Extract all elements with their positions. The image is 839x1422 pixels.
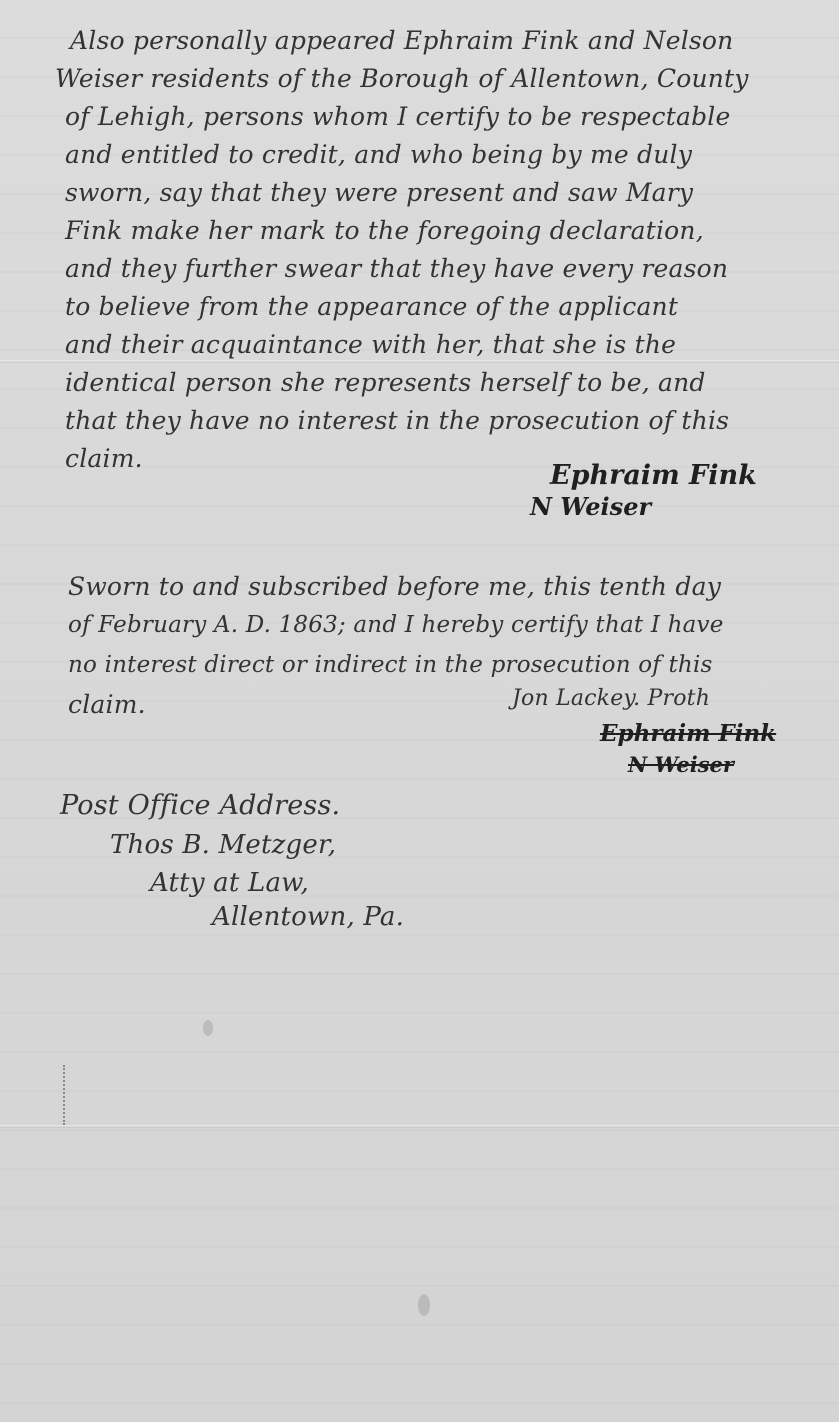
struck-signature-n-weiser: N Weiser	[628, 752, 734, 777]
statement-line: and their acquaintance with her, that sh…	[65, 330, 676, 359]
address-line: Atty at Law,	[150, 868, 309, 898]
statement-line: claim.	[65, 444, 143, 473]
document-page: Also personally appeared Ephraim Fink an…	[0, 0, 839, 1422]
statement-line: Fink make her mark to the foregoing decl…	[65, 216, 704, 245]
statement-line: Weiser residents of the Borough of Allen…	[55, 64, 749, 93]
ink-smudge	[418, 1294, 430, 1316]
statement-line: and entitled to credit, and who being by…	[65, 140, 692, 169]
jurat-line: no interest direct or indirect in the pr…	[68, 652, 713, 678]
jurat-line: of February A. D. 1863; and I hereby cer…	[68, 612, 724, 638]
paper-fold	[0, 360, 839, 363]
statement-line: Also personally appeared Ephraim Fink an…	[70, 26, 733, 55]
signature-ephraim-fink: Ephraim Fink	[550, 460, 757, 491]
jurat-line: Sworn to and subscribed before me, this …	[68, 572, 721, 601]
jurat-line: claim.	[68, 690, 146, 719]
margin-marks	[63, 1065, 67, 1125]
prothonotary-signature: Jon Lackey. Proth	[512, 686, 710, 711]
statement-line: sworn, say that they were present and sa…	[65, 178, 693, 207]
struck-signature-ephraim-fink: Ephraim Fink	[600, 720, 776, 747]
ink-smudge	[203, 1020, 213, 1036]
address-line: Thos B. Metzger,	[110, 830, 336, 860]
address-line: Allentown, Pa.	[212, 902, 404, 932]
statement-line: that they have no interest in the prosec…	[65, 406, 729, 435]
statement-line: to believe from the appearance of the ap…	[65, 292, 678, 321]
paper-fold	[0, 1125, 839, 1128]
statement-line: of Lehigh, persons whom I certify to be …	[65, 102, 731, 131]
statement-line: and they further swear that they have ev…	[65, 254, 728, 283]
signature-n-weiser: N Weiser	[530, 492, 651, 521]
address-heading: Post Office Address.	[60, 790, 340, 821]
statement-line: identical person she represents herself …	[65, 368, 706, 397]
